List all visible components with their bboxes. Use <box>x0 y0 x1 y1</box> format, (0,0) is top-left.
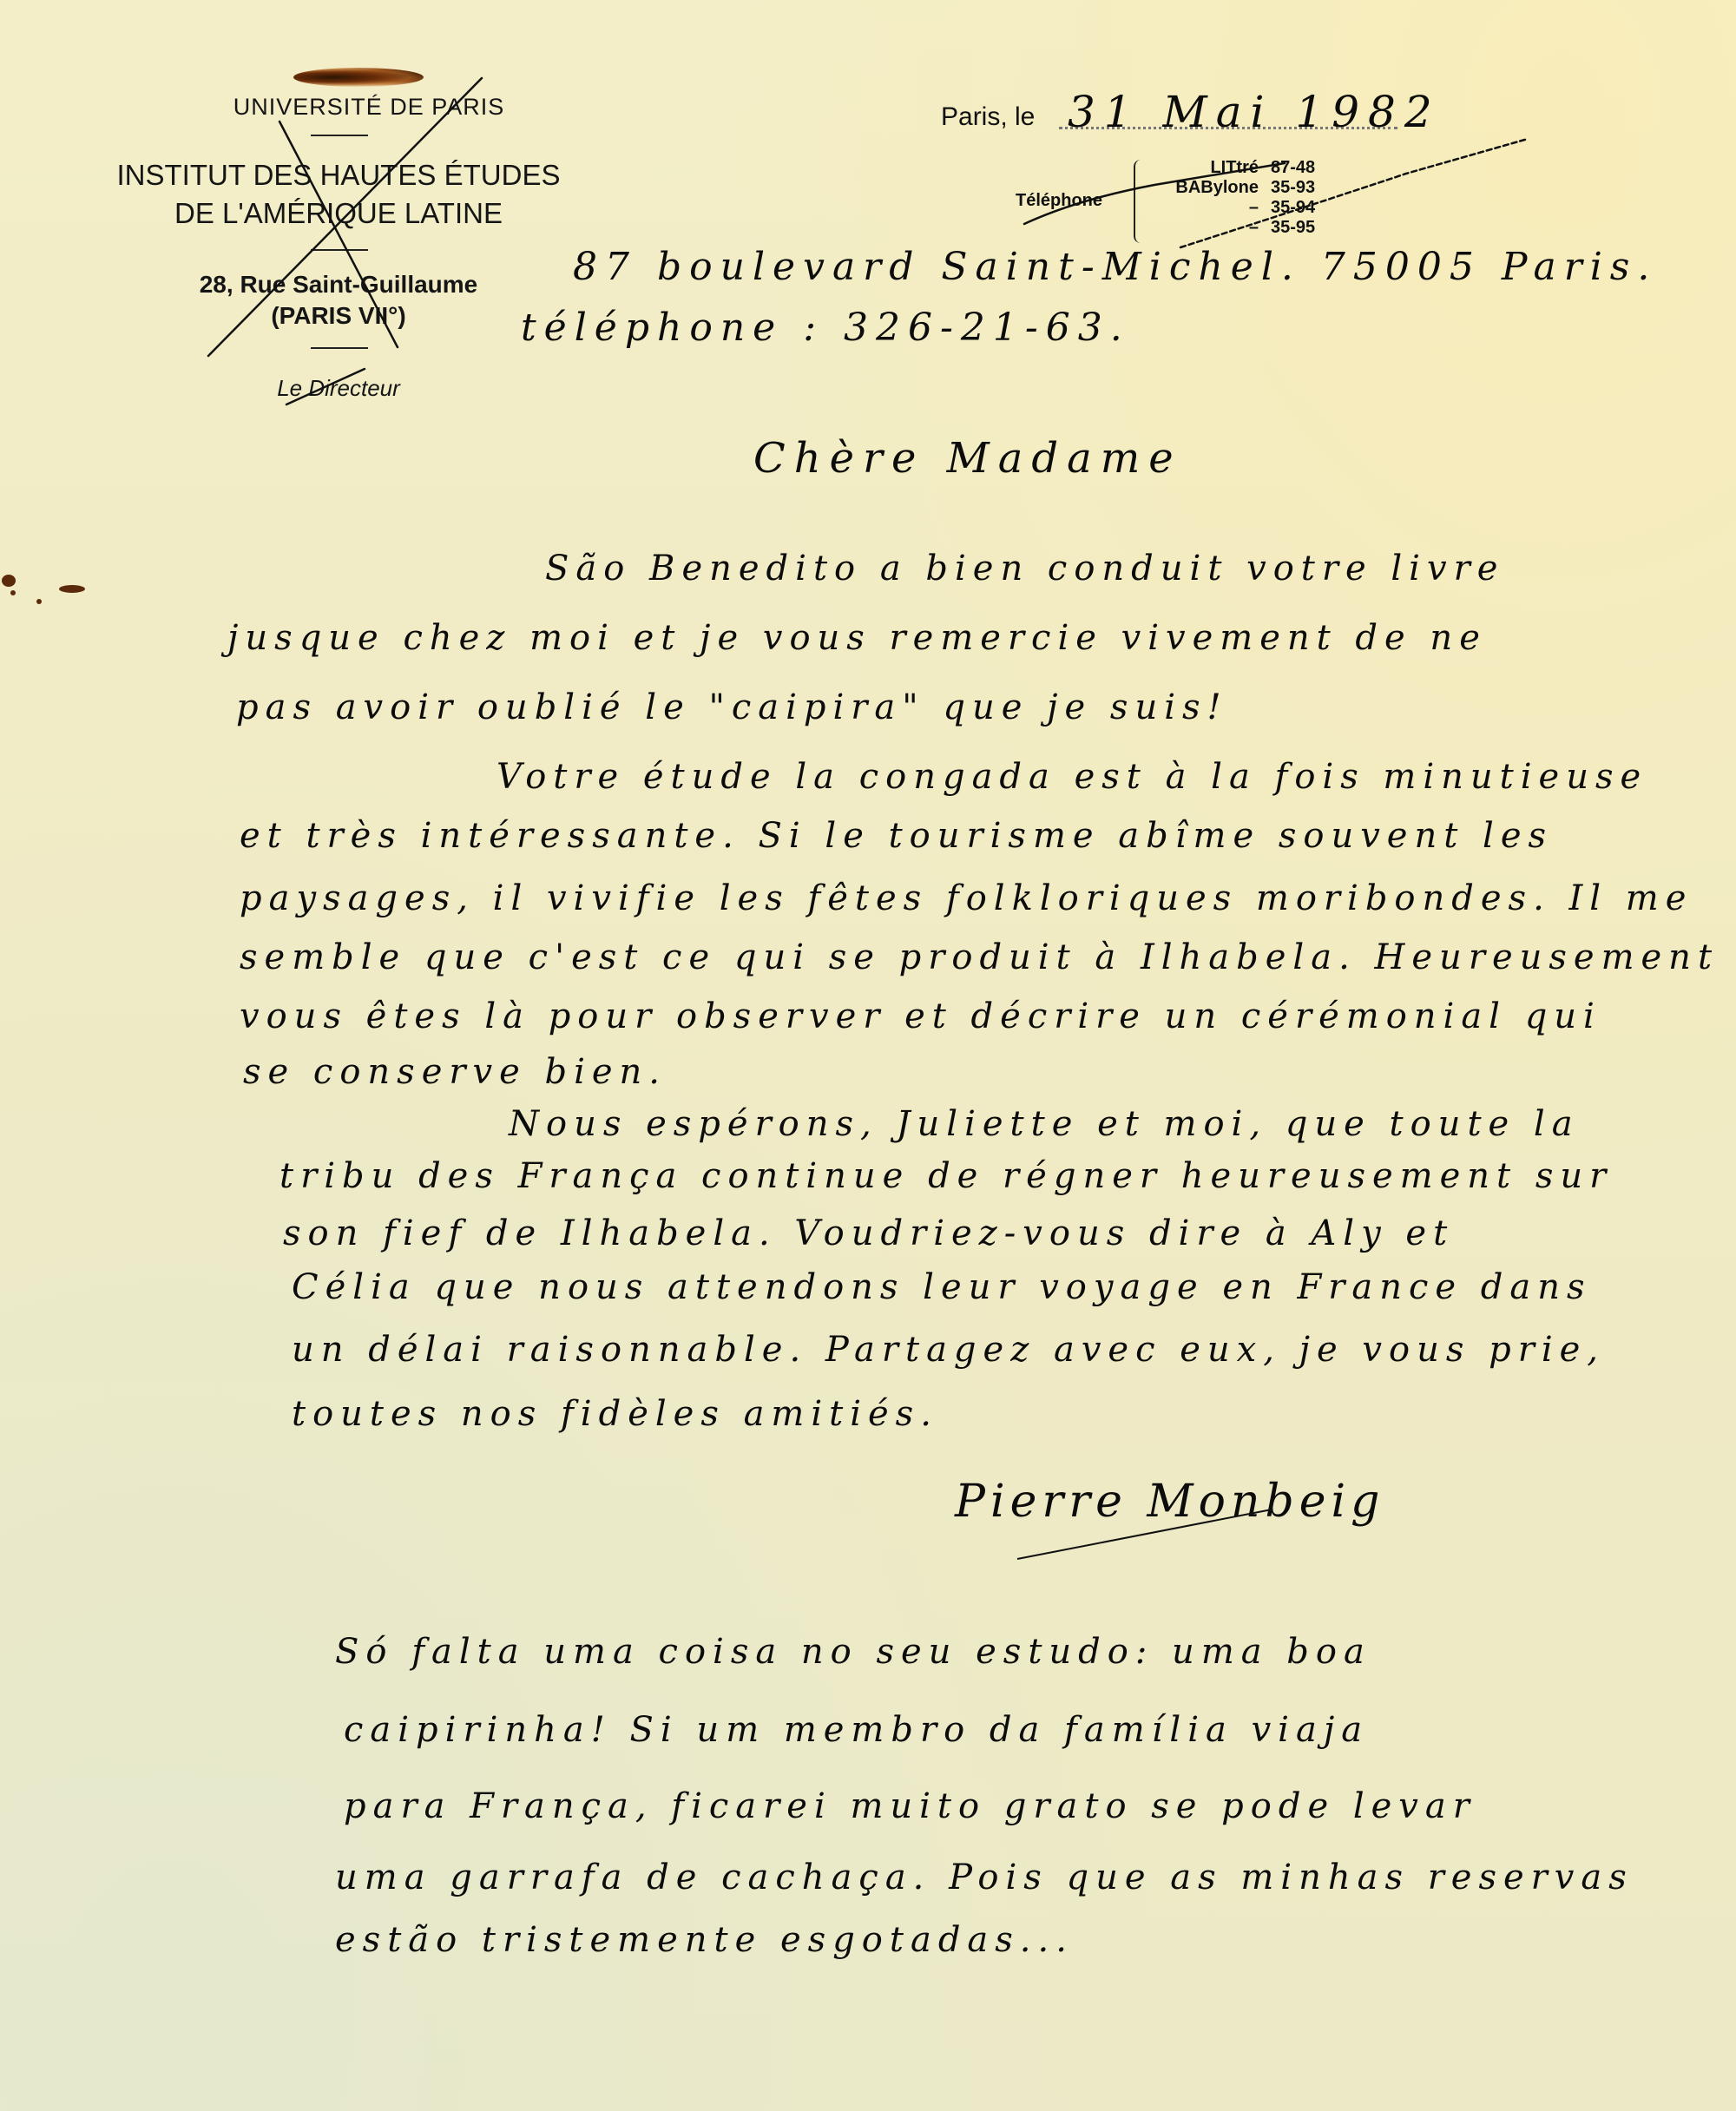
postscript-line: estão tristemente esgotadas... <box>335 1920 1074 1960</box>
date-prefix: Paris, le <box>941 102 1035 132</box>
body-line: Célia que nous attendons leur voyage en … <box>292 1267 1592 1307</box>
telephone-brace <box>1134 160 1146 243</box>
new-telephone-line: téléphone : 326-21-63. <box>521 306 1130 350</box>
body-line: São Benedito a bien conduit votre livre <box>545 549 1504 589</box>
telephone-row: LITtré 87-48 <box>1146 158 1340 178</box>
letterhead-divider <box>311 135 368 136</box>
letterhead-divider <box>311 347 368 349</box>
body-line: son fief de Ilhabela. Voudriez-vous dire… <box>283 1213 1454 1253</box>
salutation: Chère Madame <box>753 434 1182 483</box>
telephone-number: 35-95 <box>1271 218 1340 238</box>
body-line: se conserve bien. <box>243 1052 667 1092</box>
body-line: un délai raisonnable. Partagez avec eux,… <box>292 1330 1605 1370</box>
new-address-line: 87 boulevard Saint-Michel. 75005 Paris. <box>573 245 1657 289</box>
signature: Pierre Monbeig <box>955 1476 1384 1528</box>
letterhead-institute: INSTITUT DES HAUTES ÉTUDES DE L'AMÉRIQUE… <box>104 156 573 233</box>
telephone-number: 87-48 <box>1271 158 1340 178</box>
telephone-exchange: BABylone <box>1146 178 1271 198</box>
telephone-number: 35-94 <box>1271 198 1340 218</box>
body-line: pas avoir oublié le "caipira" que je sui… <box>236 687 1228 727</box>
postscript-line: caipirinha! Si um membro da família viaj… <box>344 1710 1369 1750</box>
body-line: tribu des França continue de régner heur… <box>279 1156 1613 1196</box>
body-line: Votre étude la congada est à la fois min… <box>496 757 1647 797</box>
telephone-label: Téléphone <box>1016 191 1102 211</box>
body-line: et très intéressante. Si le tourisme abî… <box>240 816 1553 856</box>
postscript-line: Só falta uma coisa no seu estudo: uma bo… <box>335 1632 1371 1672</box>
body-line: jusque chez moi et je vous remercie vive… <box>227 618 1487 658</box>
handwritten-date: 31 Mai 1982 <box>1068 87 1441 137</box>
body-line: semble que c'est ce qui se produit à Ilh… <box>240 937 1719 977</box>
body-line: paysages, il vivifie les fêtes folkloriq… <box>240 878 1693 918</box>
rust-spots <box>0 573 87 608</box>
telephone-exchange: – <box>1146 218 1271 238</box>
address-line-2: (PARIS VII°) <box>139 300 538 332</box>
postscript-line: para França, ficarei muito grato se pode… <box>344 1786 1476 1826</box>
letter-page: UNIVERSITÉ DE PARIS INSTITUT DES HAUTES … <box>0 0 1736 2111</box>
postscript-line: uma garrafa de cachaça. Pois que as minh… <box>335 1858 1634 1897</box>
telephone-row: – 35-95 <box>1146 218 1340 238</box>
telephone-exchange: LITtré <box>1146 158 1271 178</box>
institute-line-1: INSTITUT DES HAUTES ÉTUDES <box>104 156 573 194</box>
body-line: toutes nos fidèles amitiés. <box>292 1394 938 1434</box>
letterhead-address: 28, Rue Saint-Guillaume (PARIS VII°) <box>139 269 538 332</box>
telephone-row: – 35-94 <box>1146 198 1340 218</box>
burn-mark <box>293 68 424 87</box>
institute-line-2: DE L'AMÉRIQUE LATINE <box>104 194 573 233</box>
telephone-numbers: LITtré 87-48 BABylone 35-93 – 35-94 – 35… <box>1146 158 1340 238</box>
letterhead-director: Le Directeur <box>226 375 451 402</box>
telephone-row: BABylone 35-93 <box>1146 178 1340 198</box>
body-line: Nous espérons, Juliette et moi, que tout… <box>509 1104 1580 1144</box>
telephone-exchange: – <box>1146 198 1271 218</box>
body-line: vous êtes là pour observer et décrire un… <box>240 996 1601 1036</box>
letterhead-university: UNIVERSITÉ DE PARIS <box>174 94 564 121</box>
address-line-1: 28, Rue Saint-Guillaume <box>139 269 538 300</box>
letterhead-divider <box>311 249 368 251</box>
telephone-number: 35-93 <box>1271 178 1340 198</box>
